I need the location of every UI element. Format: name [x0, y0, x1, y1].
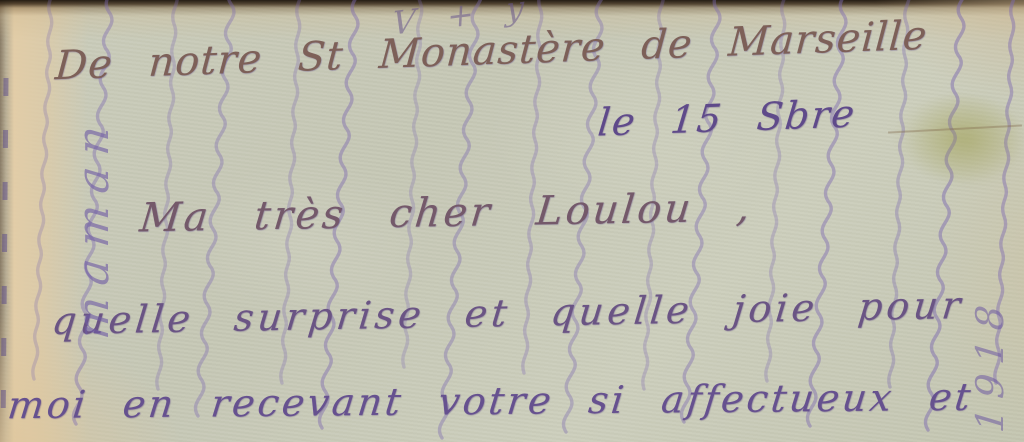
paper-stain — [908, 92, 1024, 188]
letter-date-line: le 15 Sbre — [596, 91, 859, 144]
handwritten-letter-scan: V + y De notre St Monastère de Marseille… — [0, 0, 1024, 442]
margin-writing-right: 1918 — [968, 293, 1012, 434]
letter-body-line: moi en recevant votre si affectueux et — [6, 375, 976, 427]
margin-writing-left: maman — [68, 112, 119, 342]
